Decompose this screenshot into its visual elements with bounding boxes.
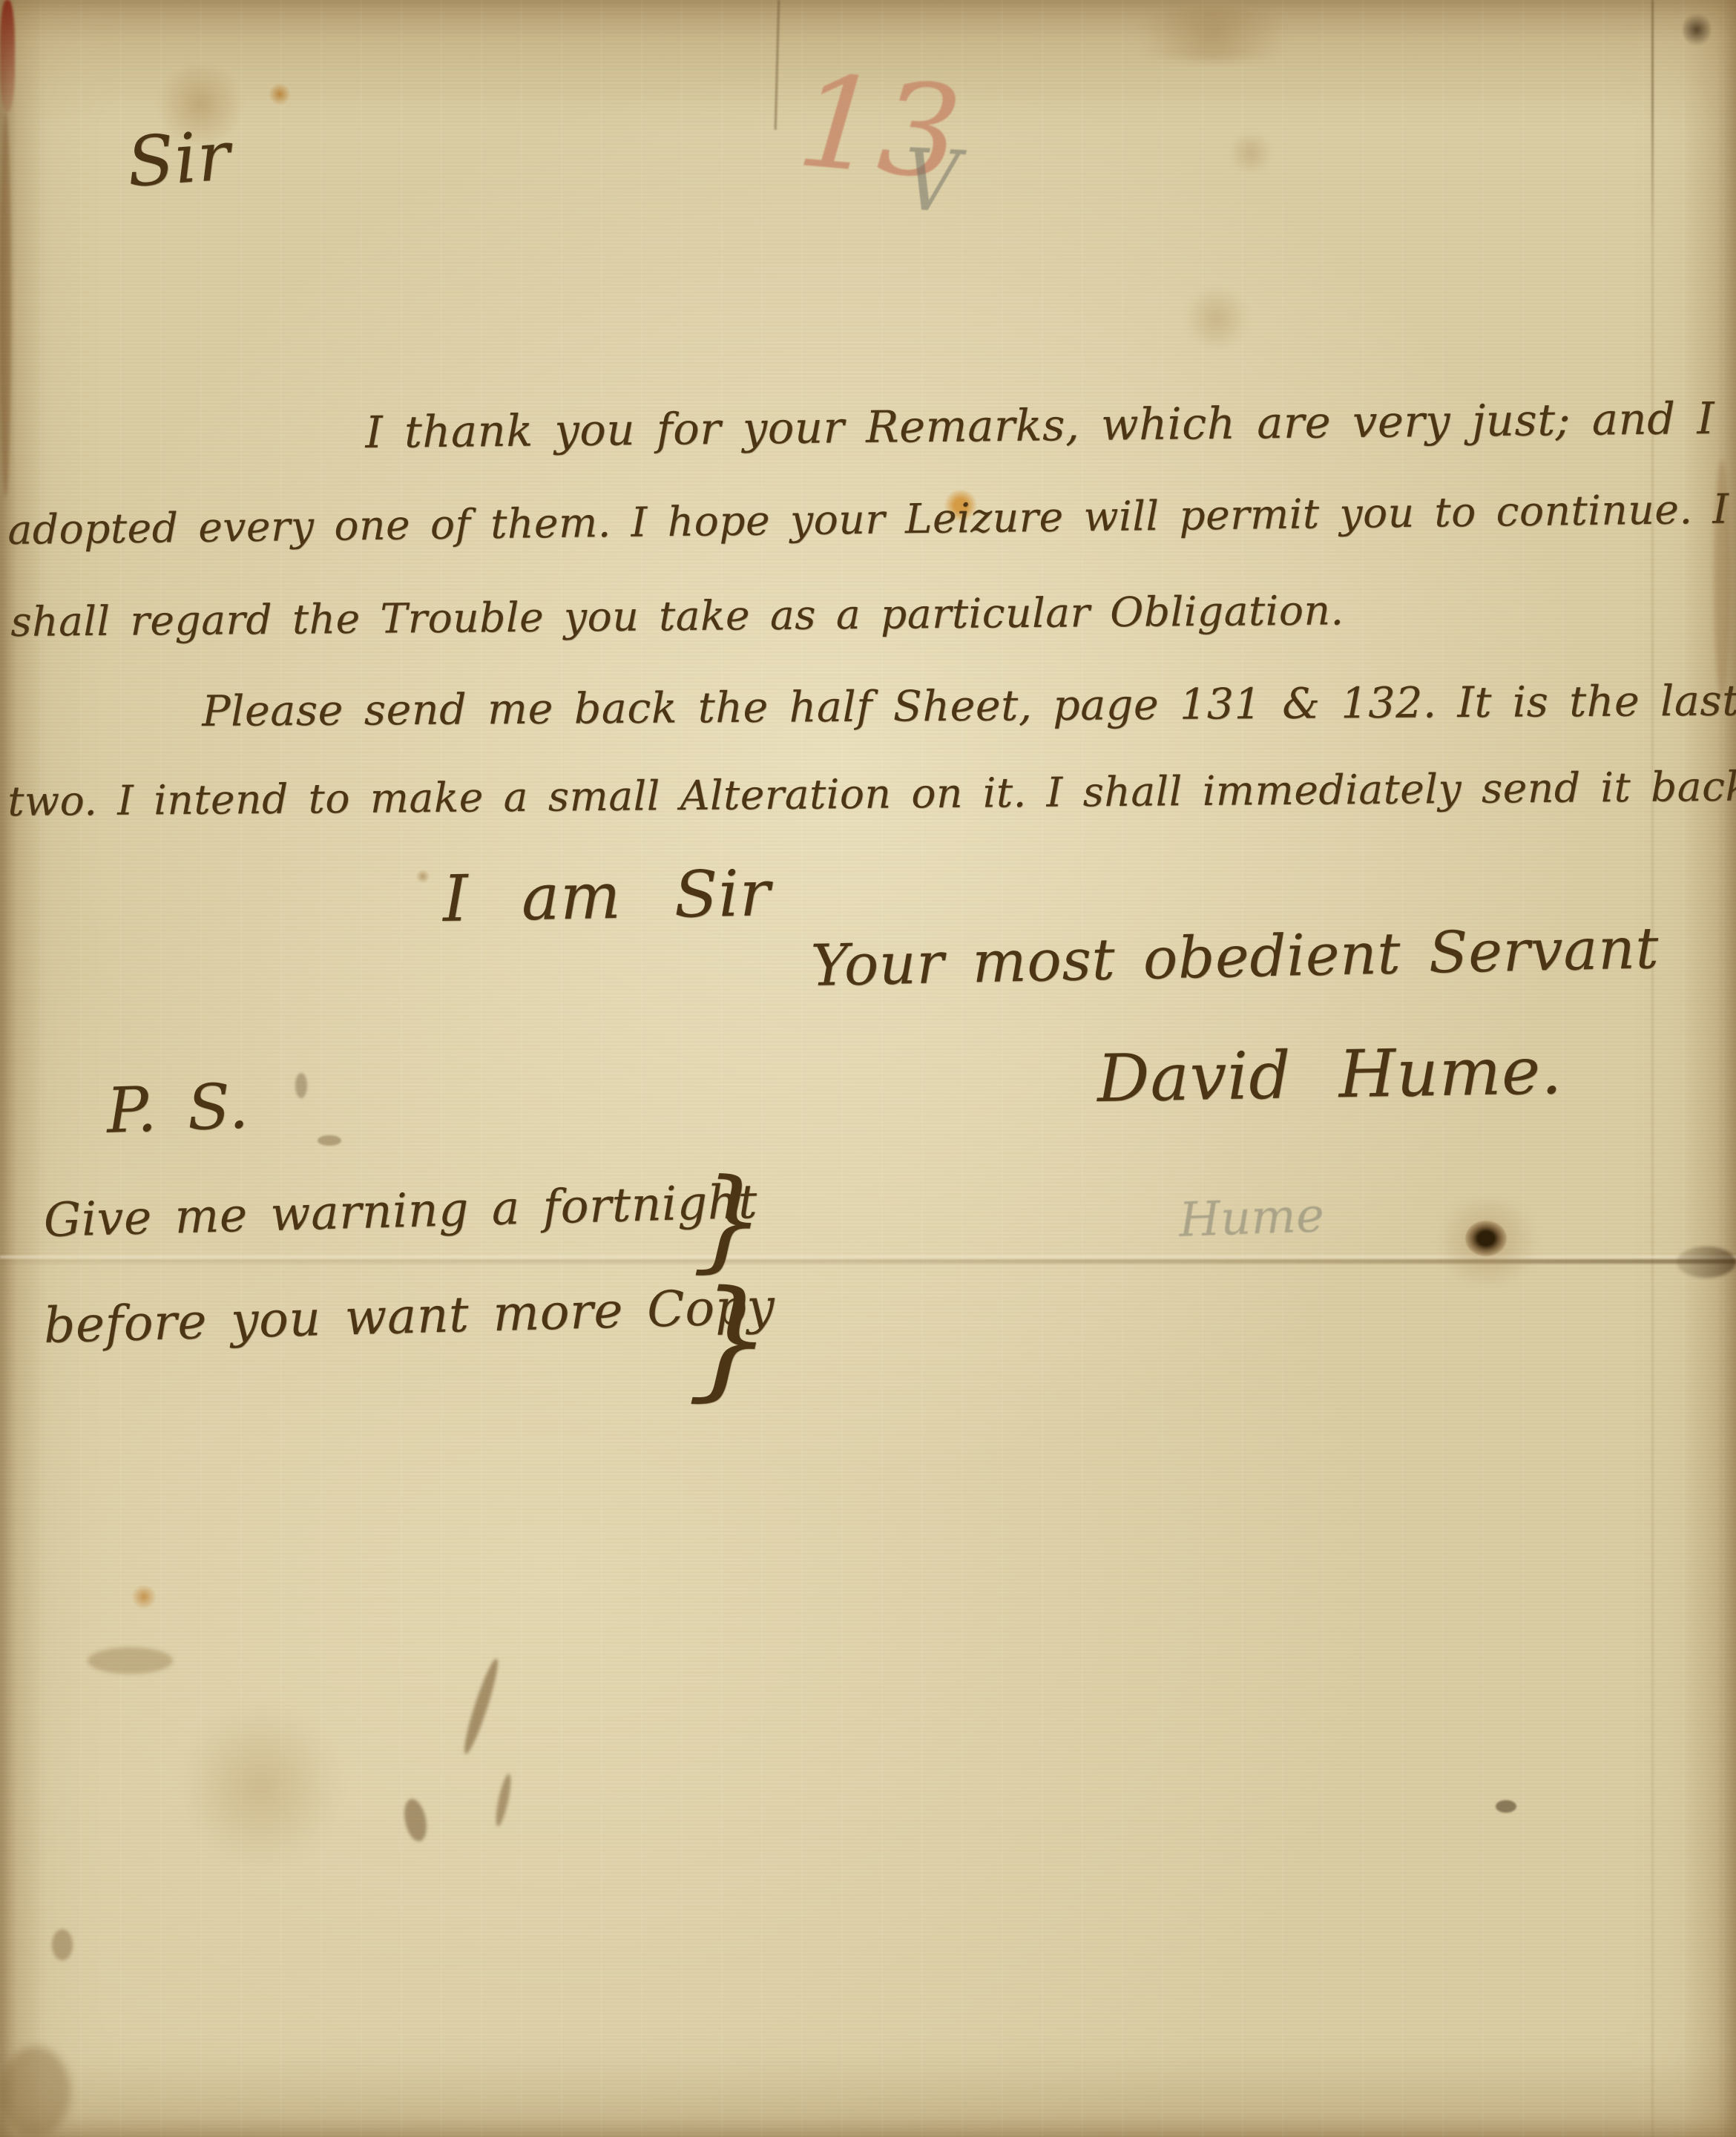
- paper-stain: [0, 111, 11, 497]
- paper-stain: [1683, 12, 1711, 47]
- paper-stain: [493, 1773, 514, 1827]
- paper-stain: [88, 1647, 173, 1674]
- salutation: Sir: [125, 116, 233, 202]
- paper-stain: [415, 870, 430, 883]
- body-line-1: I thank you for your Remarks, which are …: [365, 391, 1736, 458]
- paper-stain: [1181, 288, 1252, 349]
- paper-stain: [1113, 7, 1313, 61]
- fold-crease-horizontal-highlight: [0, 1255, 1736, 1258]
- fold-crease-vertical-right: [1651, 0, 1654, 2137]
- paper-stain: [401, 1797, 430, 1844]
- postscript-line-1: Give me warning a fortnight: [43, 1175, 758, 1247]
- fold-crease-vertical-top: [775, 0, 780, 130]
- valediction: Your most obedient Servant: [810, 916, 1660, 999]
- crease-edge-burn: [1677, 1247, 1736, 1278]
- body-line-5: two. I intend to make a small Alteration…: [7, 762, 1736, 825]
- paper-stain: [52, 1929, 73, 1960]
- paper-stain: [185, 1699, 338, 1874]
- paper-stain: [1496, 1800, 1516, 1813]
- pencil-checkmark: V: [901, 131, 961, 232]
- signature: David Hume.: [1096, 1032, 1563, 1117]
- red-edge-streak: [0, 0, 15, 111]
- paper-stain: [1228, 134, 1274, 172]
- paper-stain: [269, 83, 291, 105]
- postscript-brace-bottom: }: [686, 1261, 776, 1417]
- paper-stain: [131, 1585, 157, 1609]
- crease-halo-stain: [1430, 1199, 1545, 1284]
- fold-crease-horizontal: [0, 1259, 1736, 1264]
- postscript-line-2: before you want more Copy: [43, 1278, 776, 1354]
- pencil-name-annotation: Hume: [1178, 1188, 1325, 1248]
- crease-dark-spot: [1465, 1221, 1507, 1256]
- body-line-4: Please send me back the half Sheet, page…: [202, 676, 1736, 736]
- body-line-3: shall regard the Trouble you take as a p…: [10, 586, 1344, 646]
- closing-line: I am Sir: [442, 856, 772, 936]
- paper-stain: [460, 1657, 503, 1756]
- body-line-2: adopted every one of them. I hope your L…: [7, 485, 1729, 554]
- paper-stain: [318, 1135, 341, 1146]
- paper-stain: [295, 1073, 307, 1098]
- paper-stain: [0, 2046, 70, 2137]
- postscript-label: P. S.: [105, 1069, 250, 1147]
- letter-page: 13 V Hume Sir I thank you for your Remar…: [0, 0, 1736, 2137]
